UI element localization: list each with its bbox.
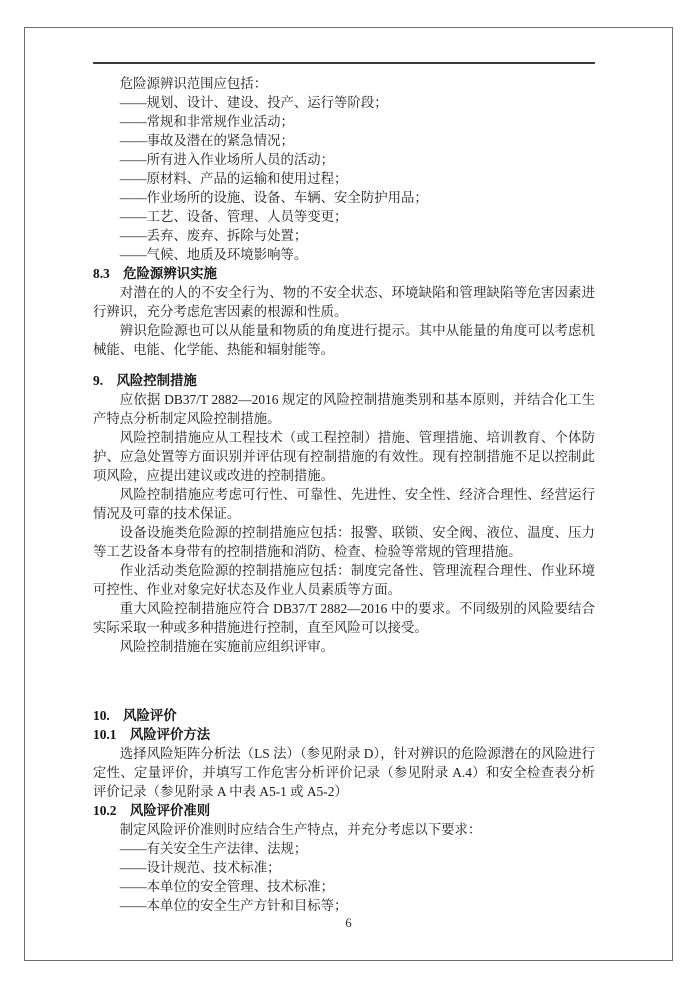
paragraph: 对潜在的人的不安全行为、物的不安全状态、环境缺陷和管理缺陷等危害因素进行辨识，充… — [93, 283, 595, 321]
paragraph: 风险控制措施应从工程技术（或工程控制）措施、管理措施、培训教育、个体防护、应急处… — [93, 428, 595, 485]
list-item: ——本单位的安全管理、技术标准； — [93, 877, 595, 896]
header-rule — [93, 62, 595, 64]
list-item: ——本单位的安全生产方针和目标等； — [93, 896, 595, 915]
paragraph: 辨识危险源也可以从能量和物质的角度进行提示。其中从能量的角度可以考虑机械能、电能… — [93, 321, 595, 359]
list-item: ——工艺、设备、管理、人员等变更； — [93, 207, 595, 226]
paragraph: 应依据 DB37/T 2882—2016 规定的风险控制措施类别和基本原则，并结… — [93, 390, 595, 428]
section-title: 风险评价 — [123, 708, 177, 723]
body-text: 危险源辨识范围应包括： ——规划、设计、建设、投产、运行等阶段； ——常规和非常… — [93, 74, 595, 915]
list-item: ——事故及潜在的紧急情况； — [93, 131, 595, 150]
section-number: 10.2 — [93, 803, 116, 818]
section-number: 8.3 — [93, 266, 110, 281]
paragraph: 设备设施类危险源的控制措施应包括：报警、联锁、安全阀、液位、温度、压力等工艺设备… — [93, 523, 595, 561]
section-heading-10-1: 10.1风险评价方法 — [93, 725, 595, 744]
section-title: 风险评价方法 — [130, 727, 210, 742]
list-item: ——气候、地质及环境影响等。 — [93, 245, 595, 264]
page-number: 6 — [25, 916, 672, 931]
paragraph: 作业活动类危险源的控制措施应包括：制度完备性、管理流程合理性、作业环境可控性、作… — [93, 561, 595, 599]
list-item: ——所有进入作业场所人员的活动； — [93, 150, 595, 169]
section-title: 风险控制措施 — [116, 373, 196, 388]
section-title: 风险评价准则 — [130, 803, 210, 818]
page-content: 危险源辨识范围应包括： ——规划、设计、建设、投产、运行等阶段； ——常规和非常… — [93, 28, 595, 915]
paragraph: 风险控制措施在实施前应组织评审。 — [93, 637, 595, 656]
list-item: ——丢弃、废弃、拆除与处置； — [93, 226, 595, 245]
paragraph: 制定风险评价准则时应结合生产特点，并充分考虑以下要求： — [93, 820, 595, 839]
list-item: ——有关安全生产法律、法规； — [93, 839, 595, 858]
section-heading-10: 10.风险评价 — [93, 706, 595, 725]
section-heading-10-2: 10.2风险评价准则 — [93, 801, 595, 820]
list-item: ——作业场所的设施、设备、车辆、安全防护用品； — [93, 188, 595, 207]
paragraph: 风险控制措施应考虑可行性、可靠性、先进性、安全性、经济合理性、经营运行情况及可靠… — [93, 485, 595, 523]
list-item: ——常规和非常规作业活动； — [93, 112, 595, 131]
page-frame: 危险源辨识范围应包括： ——规划、设计、建设、投产、运行等阶段； ——常规和非常… — [24, 27, 673, 961]
list-item: ——原材料、产品的运输和使用过程； — [93, 169, 595, 188]
paragraph: 重大风险控制措施应符合 DB37/T 2882—2016 中的要求。不同级别的风… — [93, 599, 595, 637]
list-item: ——规划、设计、建设、投产、运行等阶段； — [93, 93, 595, 112]
section-number: 9. — [93, 373, 103, 388]
paragraph: 选择风险矩阵分析法（LS 法）（参见附录 D），针对辨识的危险源潜在的风险进行定… — [93, 744, 595, 801]
section-title: 危险源辨识实施 — [123, 266, 217, 281]
list-item: ——设计规范、技术标准； — [93, 858, 595, 877]
section-number: 10.1 — [93, 727, 116, 742]
intro-lead: 危险源辨识范围应包括： — [93, 74, 595, 93]
section-number: 10. — [93, 708, 110, 723]
section-heading-8-3: 8.3危险源辨识实施 — [93, 264, 595, 283]
section-heading-9: 9.风险控制措施 — [93, 371, 595, 390]
